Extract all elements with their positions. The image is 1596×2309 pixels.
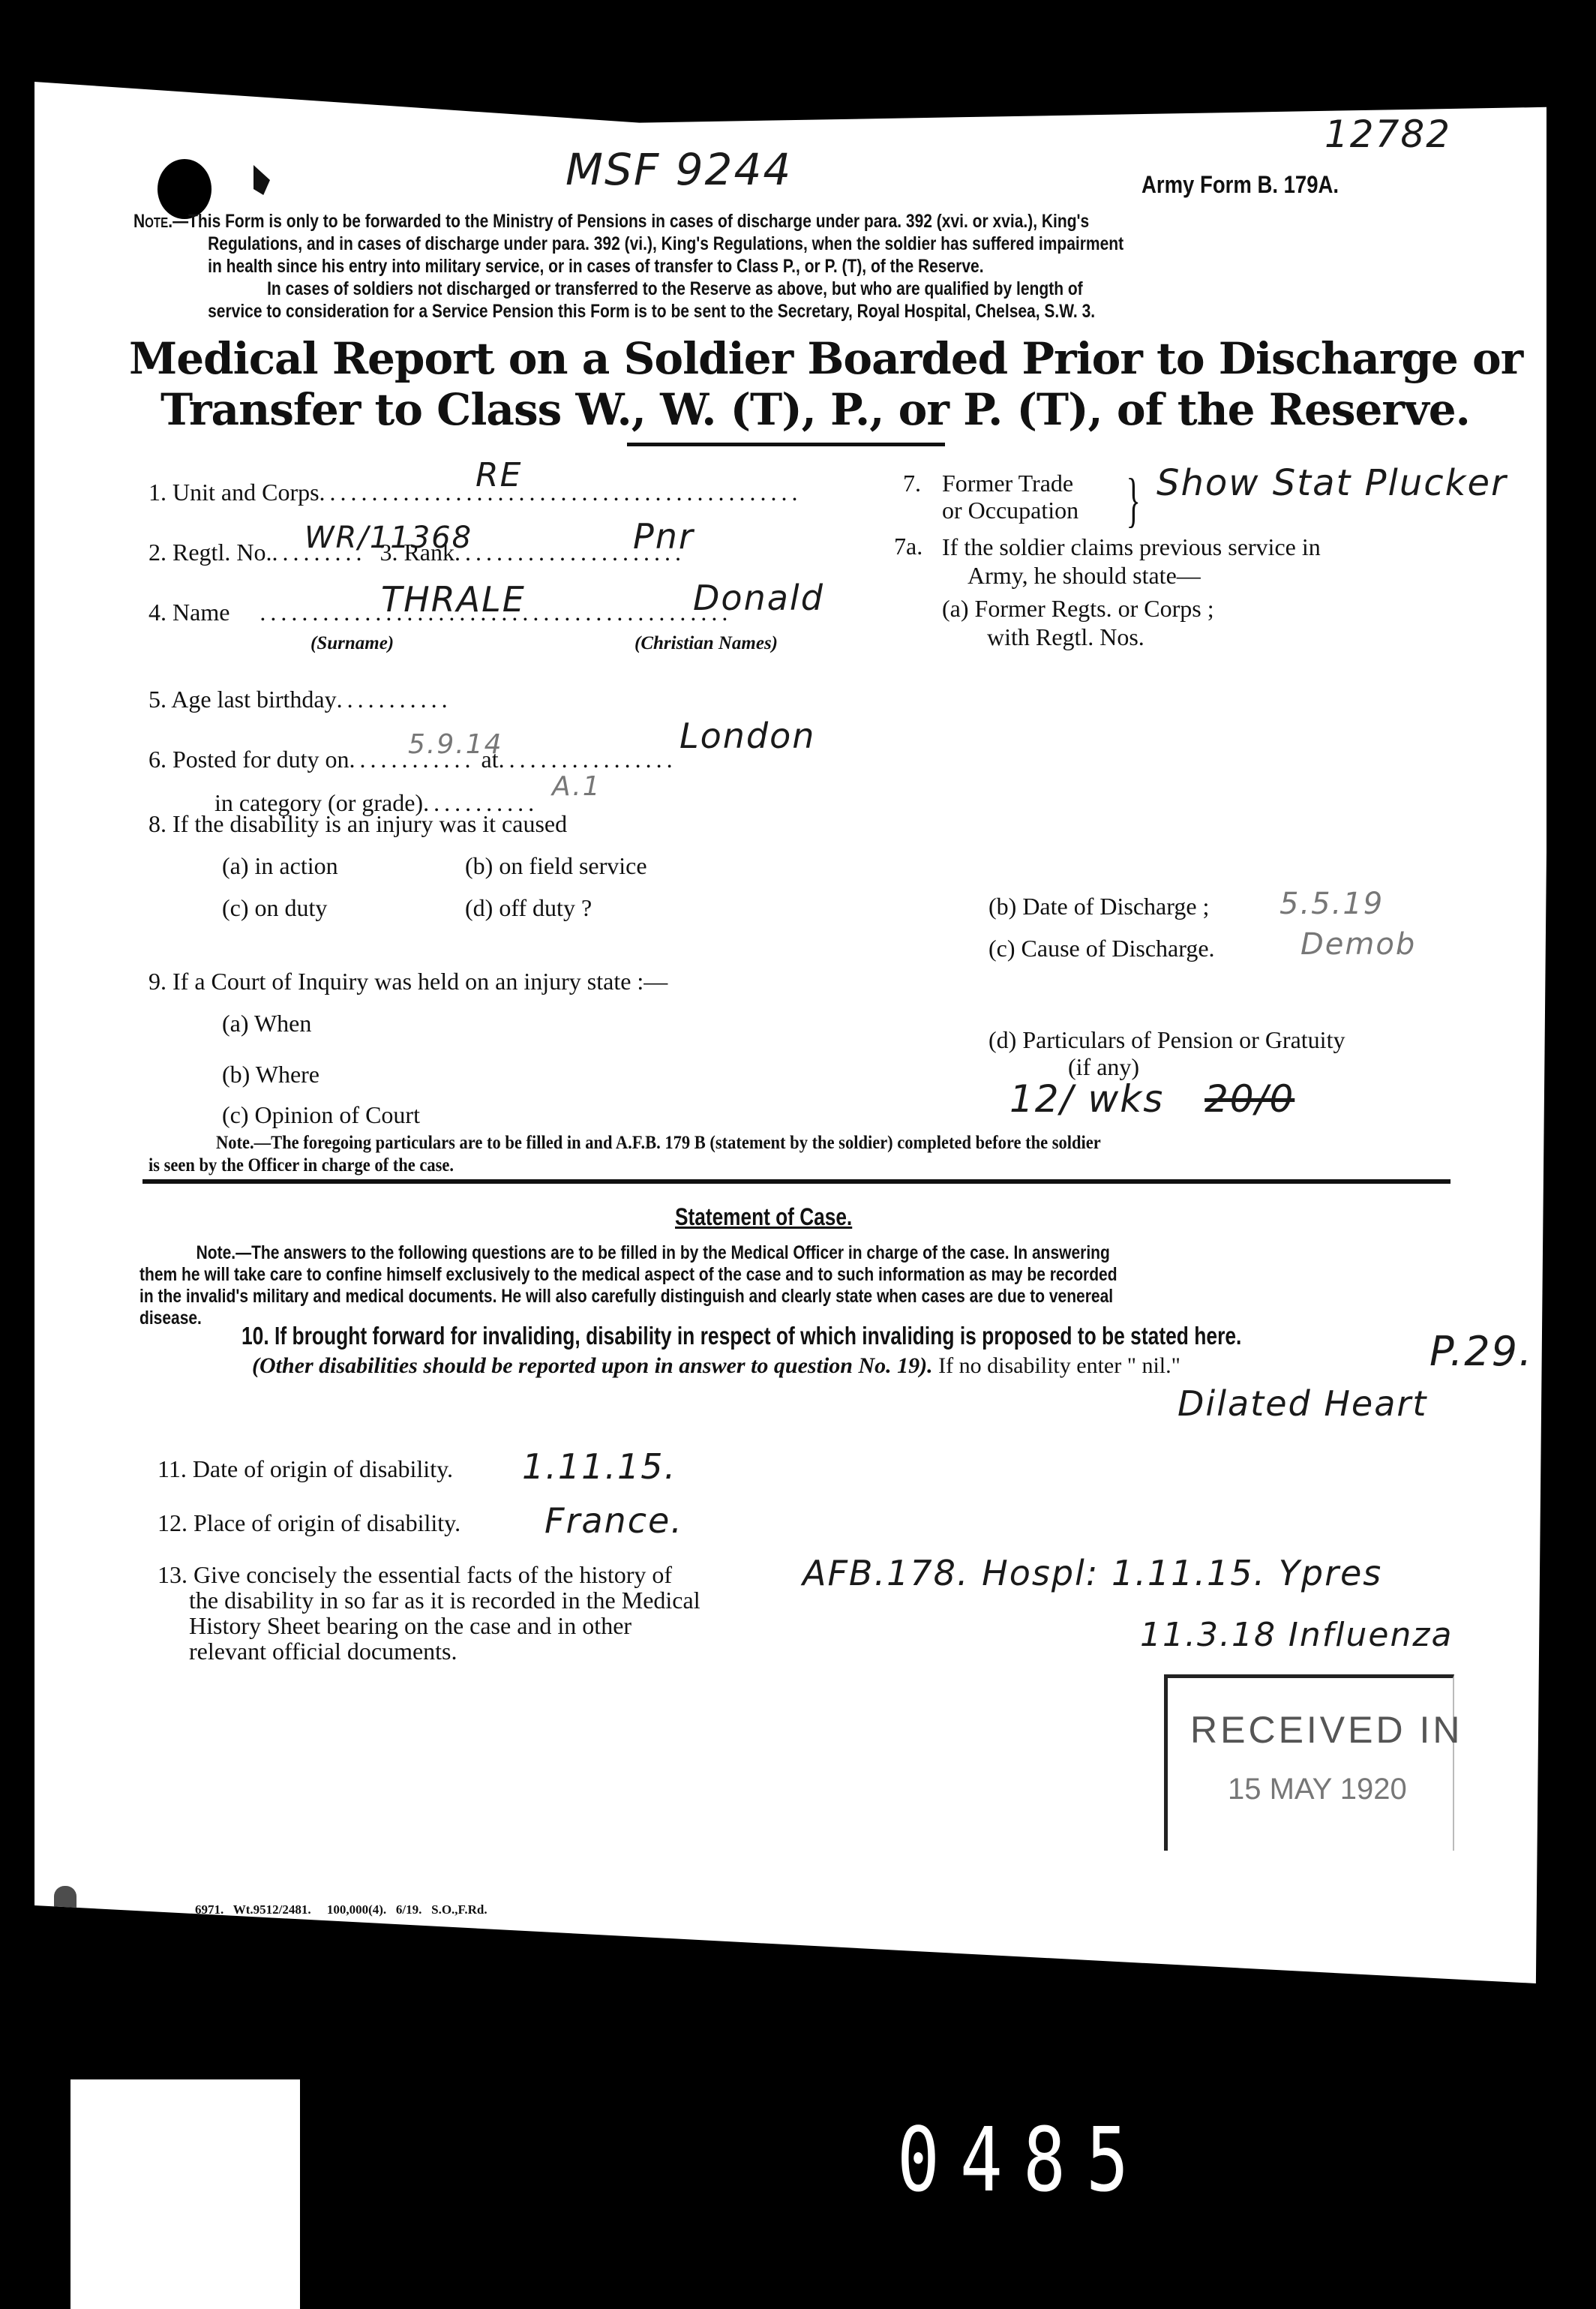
q13-label: 13. Give concisely the essential facts o… — [157, 1562, 700, 1664]
printer-imprint: 6971. Wt.9512/2481. 100,000(4). 6/19. S.… — [195, 1872, 487, 1992]
surname-caption: (Surname) — [310, 633, 394, 654]
christian-names-caption: (Christian Names) — [634, 633, 778, 654]
page-title-line2: Transfer to Class W., W. (T), P., or P. … — [160, 384, 1470, 435]
statement-note: Note.—The answers to the following quest… — [139, 1242, 1117, 1329]
q10-line2: (Other disabilities should be reported u… — [252, 1353, 1180, 1379]
age-row: 5. Age last birthday........... — [148, 686, 452, 713]
section-divider — [142, 1179, 1450, 1184]
surname-value[interactable]: THRALE — [381, 579, 526, 620]
mid-note-line1: Note.—The foregoing particulars are to b… — [216, 1133, 1101, 1154]
title-underline — [627, 443, 945, 446]
posted-date-value[interactable]: 5.9.14 — [408, 729, 503, 760]
category-value[interactable]: A.1 — [552, 771, 601, 802]
form-number: Army Form B. 179A. — [1141, 171, 1339, 199]
previous-service-number: 7a. — [894, 533, 922, 560]
injury-question: 8. If the disability is an injury was it… — [148, 810, 567, 838]
number-handwritten: 12782 — [1324, 113, 1451, 156]
tab-mark-icon — [253, 165, 270, 195]
q13-value-line1[interactable]: AFB.178. Hospl: 1.11.15. Ypres — [802, 1553, 1382, 1593]
thumb-smudge-base — [57, 1931, 126, 1983]
former-trade-number: 7. — [903, 470, 921, 497]
court-inquiry-question: 9. If a Court of Inquiry was held on an … — [148, 968, 667, 995]
pension-struck-value: 20/0 — [1204, 1077, 1294, 1121]
injury-option-a[interactable]: (a) in action — [222, 852, 338, 880]
former-trade-value[interactable]: Show Stat Plucker — [1156, 462, 1507, 504]
injury-option-b[interactable]: (b) on field service — [465, 852, 647, 880]
q11-label: 11. Date of origin of disability. — [157, 1455, 453, 1483]
regtl-no-value[interactable]: WR/11368 — [304, 521, 472, 555]
page-title-line1: Medical Report on a Soldier Boarded Prio… — [129, 333, 1522, 384]
court-when: (a) When — [222, 1010, 311, 1037]
discharge-cause-label: (c) Cause of Discharge. — [988, 935, 1215, 962]
pension-label: (d) Particulars of Pension or Gratuity — [988, 1026, 1345, 1054]
statement-heading: Statement of Case. — [675, 1203, 852, 1231]
note-label: Note. — [133, 211, 172, 232]
rank-value[interactable]: Pnr — [633, 516, 694, 557]
court-opinion: (c) Opinion of Court — [222, 1101, 420, 1129]
calibration-card — [70, 2079, 300, 2309]
received-stamp: RECEIVED IN 15 MAY 1920 — [1164, 1674, 1454, 1851]
top-note: Note.—This Form is only to be forwarded … — [133, 210, 1123, 323]
former-trade-label: Former Trade or Occupation — [942, 470, 1078, 524]
discharge-cause-value[interactable]: Demob — [1300, 927, 1416, 962]
injury-option-c[interactable]: (c) on duty — [222, 894, 327, 922]
injury-option-d[interactable]: (d) off duty ? — [465, 894, 592, 922]
mid-note-line2: is seen by the Officer in charge of the … — [148, 1155, 454, 1176]
christian-names-value[interactable]: Donald — [693, 578, 824, 618]
thumb-smudge — [54, 1886, 76, 1953]
reference-handwritten: MSF 9244 — [565, 144, 792, 195]
stamp-line1: RECEIVED IN — [1190, 1708, 1463, 1752]
q11-value[interactable]: 1.11.15. — [522, 1446, 676, 1487]
q13-value-line2[interactable]: 11.3.18 Influenza — [1140, 1616, 1453, 1654]
document-page: MSF 9244 12782 Army Form B. 179A. Note.—… — [34, 33, 1546, 1983]
discharge-date-label: (b) Date of Discharge ; — [988, 893, 1209, 920]
brace-icon: } — [1126, 467, 1141, 535]
q10-value[interactable]: Dilated Heart — [1177, 1383, 1427, 1424]
discharge-date-value[interactable]: 5.5.19 — [1279, 887, 1384, 921]
pension-value[interactable]: 12/ wks — [1009, 1077, 1164, 1121]
q10-line1: 10. If brought forward for invaliding, d… — [241, 1322, 1241, 1350]
previous-service-text: If the soldier claims previous service i… — [942, 533, 1321, 651]
q12-value[interactable]: France. — [544, 1500, 683, 1541]
q12-label: 12. Place of origin of disability. — [157, 1509, 460, 1537]
court-where: (b) Where — [222, 1061, 319, 1088]
unit-corps-value[interactable]: RE — [475, 456, 522, 494]
posted-place-value[interactable]: London — [679, 716, 815, 756]
stamp-line2: 15 MAY 1920 — [1228, 1773, 1407, 1806]
frame-counter: 0485 — [897, 2108, 1149, 2211]
q10-page-ref: P.29. — [1429, 1328, 1533, 1375]
